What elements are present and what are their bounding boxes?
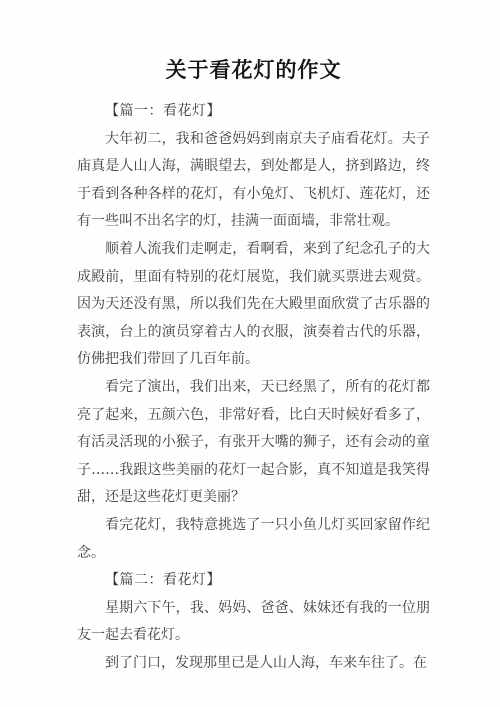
- section-2-paragraph-1: 星期六下午，我、妈妈、爸爸、妹妹还有我的一位朋友一起去看花灯。: [77, 595, 430, 650]
- section-1-paragraph-1: 大年初二，我和爸爸妈妈到南京夫子庙看花灯。夫子庙真是人山人海，满眼望去，到处都是…: [77, 126, 430, 236]
- section-1-paragraph-4: 看完花灯，我特意挑选了一只小鱼儿灯买回家留作纪念。: [77, 512, 430, 567]
- document-title: 关于看花灯的作文: [77, 55, 430, 85]
- section-2-paragraph-2: 到了门口，发现那里已是人山人海，车来车往了。在: [77, 650, 430, 678]
- section-2-heading: 【篇二：看花灯】: [77, 567, 430, 595]
- document-page: 关于看花灯的作文 【篇一：看花灯】 大年初二，我和爸爸妈妈到南京夫子庙看花灯。夫…: [0, 0, 500, 707]
- section-1-paragraph-2: 顺着人流我们走啊走，看啊看，来到了纪念孔子的大成殿前，里面有特别的花灯展览，我们…: [77, 236, 430, 374]
- section-1-paragraph-3: 看完了演出，我们出来，天已经黑了，所有的花灯都亮了起来，五颜六色，非常好看，比白…: [77, 374, 430, 512]
- section-1-heading: 【篇一：看花灯】: [77, 98, 430, 126]
- document-body: 【篇一：看花灯】 大年初二，我和爸爸妈妈到南京夫子庙看花灯。夫子庙真是人山人海，…: [77, 98, 430, 677]
